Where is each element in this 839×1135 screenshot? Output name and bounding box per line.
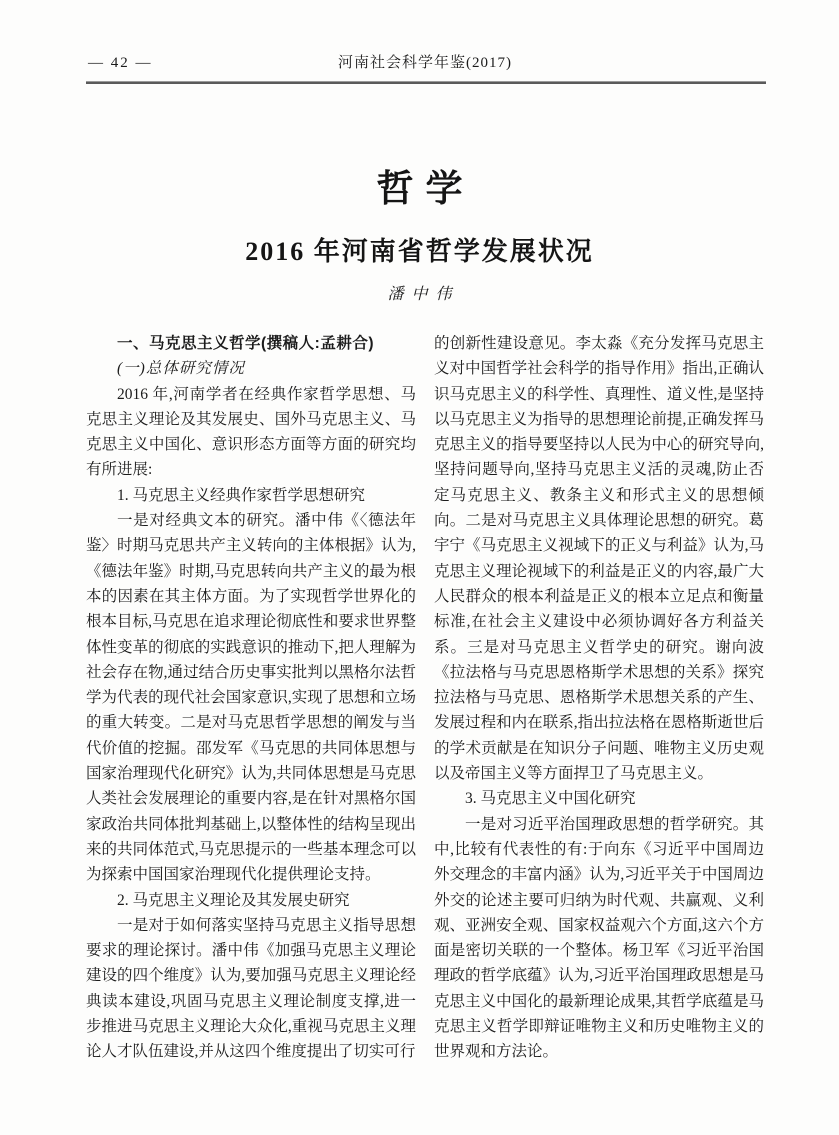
- header-rule: [86, 81, 766, 84]
- document-page: — 42 — 河南社会科学年鉴(2017) 哲学 2016 年河南省哲学发展状况…: [0, 0, 839, 1135]
- running-header: — 42 — 河南社会科学年鉴(2017): [86, 52, 764, 74]
- paragraph-overview: 2016 年,河南学者在经典作家哲学思想、马克思主义理论及其发展史、国外马克思主…: [86, 382, 416, 483]
- section-heading-marxist-philosophy: 一、马克思主义哲学(撰稿人:孟耕合): [86, 331, 416, 356]
- author-name: 潘中伟: [0, 281, 839, 304]
- subsection-heading-overview: (一)总体研究情况: [86, 356, 416, 381]
- article-body: 一、马克思主义哲学(撰稿人:孟耕合) (一)总体研究情况 2016 年,河南学者…: [86, 331, 764, 1071]
- item-heading-classic-authors: 1. 马克思主义经典作家哲学思想研究: [86, 483, 416, 508]
- left-column: 一、马克思主义哲学(撰稿人:孟耕合) (一)总体研究情况 2016 年,河南学者…: [86, 331, 416, 1071]
- right-column: 的创新性建设意见。李太淼《充分发挥马克思主义对中国哲学社会科学的指导作用》指出,…: [434, 331, 764, 1071]
- journal-title: 河南社会科学年鉴(2017): [86, 52, 764, 74]
- paragraph-theory-history: 一是对于如何落实坚持马克思主义指导思想要求的理论探讨。潘中伟《加强马克思主义理论…: [86, 913, 416, 1065]
- paragraph-classic-authors: 一是对经典文本的研究。潘中伟《〈德法年鉴〉时期马克思共产主义转向的主体根据》认为…: [86, 508, 416, 887]
- article-title: 2016 年河南省哲学发展状况: [0, 231, 839, 268]
- item-heading-sinicization: 3. 马克思主义中国化研究: [434, 786, 764, 811]
- paragraph-sinicization: 一是对习近平治国理政思想的哲学研究。其中,比较有代表性的有:于向东《习近平中国周…: [434, 812, 764, 1065]
- item-heading-theory-history: 2. 马克思主义理论及其发展史研究: [86, 888, 416, 913]
- section-title: 哲学: [0, 158, 839, 212]
- paragraph-theory-history-continuation: 的创新性建设意见。李太淼《充分发挥马克思主义对中国哲学社会科学的指导作用》指出,…: [434, 331, 764, 786]
